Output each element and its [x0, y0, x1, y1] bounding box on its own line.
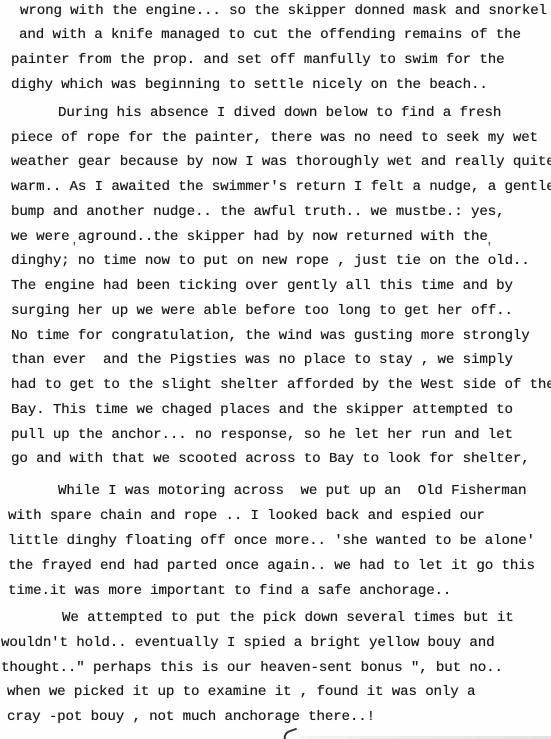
text-line: little dinghy floating off once more.. '… [8, 532, 535, 550]
paragraph-start-line: While I was motoring across we put up an… [58, 482, 526, 500]
text-line: thought.." perhaps this is our heaven-se… [1, 659, 503, 677]
text-line: pull up the anchor... no response, so he… [11, 426, 513, 444]
handwritten-close-quote-mark: ' [486, 242, 493, 254]
handwritten-scrawl-mark [281, 728, 300, 739]
text-line: No time for congratulation, the wind was… [11, 327, 530, 345]
text-line: go and with that we scooted across to Ba… [11, 450, 530, 468]
text-line: we were aground..the skipper had by now … [11, 228, 488, 246]
handwritten-open-quote-mark: ' [71, 242, 78, 254]
text-line: painter from the prop. and set off manfu… [11, 51, 504, 69]
text-line: dinghy; no time now to put on new rope ,… [11, 252, 530, 270]
text-line: wouldn't hold.. eventually I spied a bri… [1, 634, 494, 652]
text-line: bump and another nudge.. the awful truth… [11, 203, 504, 221]
text-line: and with a knife managed to cut the offe… [19, 26, 521, 44]
text-line: weather gear because by now I was thorou… [11, 153, 551, 171]
text-line: when we picked it up to examine it , fou… [7, 683, 475, 701]
text-line: than ever and the Pigsties was no place … [11, 351, 513, 369]
paragraph-start-line: During his absence I dived down below to… [58, 104, 501, 122]
text-line: Bay. This time we chaged places and the … [11, 401, 513, 419]
paragraph-start-line: We attempted to put the pick down severa… [62, 609, 514, 627]
text-line: piece of rope for the painter, there was… [11, 129, 538, 147]
typewritten-page: wrong with the engine... so the skipper … [0, 0, 551, 739]
text-line: surging her up we were able before too l… [11, 302, 513, 320]
text-line: time.it was more important to find a saf… [8, 582, 451, 600]
text-line: had to get to the slight shelter afforde… [11, 376, 551, 394]
text-line: The engine had been ticking over gently … [11, 277, 513, 295]
text-line: with spare chain and rope .. I looked ba… [8, 507, 485, 525]
text-line: the frayed end had parted once again.. w… [8, 557, 535, 575]
text-line: cray -pot bouy , not much anchorage ther… [7, 708, 375, 726]
text-line: warm.. As I awaited the swimmer's return… [11, 178, 551, 196]
text-line: dighy which was beginning to settle nice… [11, 76, 488, 94]
text-line: wrong with the engine... so the skipper … [20, 2, 547, 20]
